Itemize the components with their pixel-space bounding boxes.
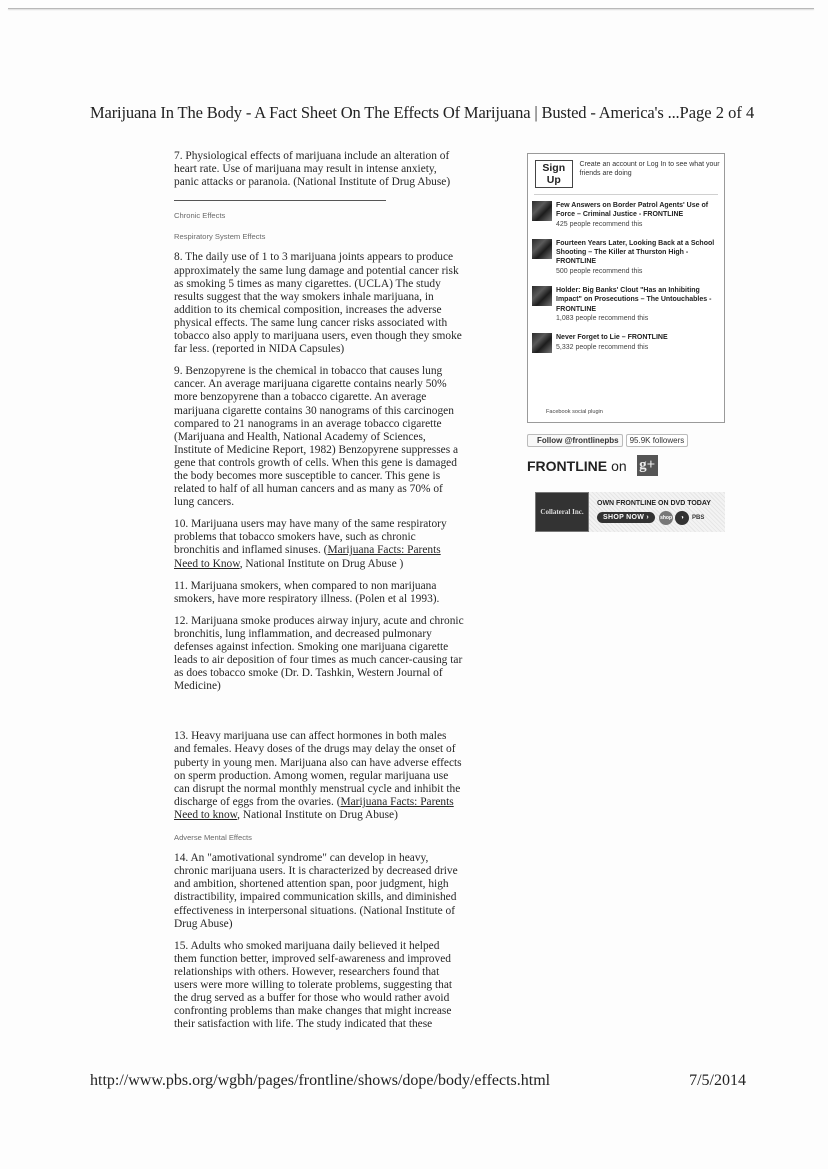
fact-11: 11. Marijuana smokers, when compared to … — [174, 580, 464, 606]
fact-14: 14. An "amotivational syndrome" can deve… — [174, 852, 464, 931]
fact-12: 12. Marijuana smoke produces airway inju… — [174, 615, 464, 694]
recommendation-item[interactable]: Never Forget to Lie – FRONTLINE 5,332 pe… — [528, 333, 724, 353]
dvd-shop-banner[interactable]: Collateral Inc. OWN FRONTLINE ON DVD TOD… — [535, 492, 725, 532]
print-date: 7/5/2014 — [689, 1072, 746, 1090]
fact-8: 8. The daily use of 1 to 3 marijuana joi… — [174, 251, 464, 356]
fact-13: 13. Heavy marijuana use can affect hormo… — [174, 730, 464, 822]
page-indicator: Page 2 of 4 — [680, 103, 755, 123]
twitter-follow-button[interactable]: Follow @frontlinepbs — [527, 434, 623, 447]
shop-badge-icon: shop — [659, 511, 673, 525]
fact-7: 7. Physiological effects of marijuana in… — [174, 150, 464, 189]
article-thumbnail-icon — [532, 333, 552, 353]
page-url: http://www.pbs.org/wgbh/pages/frontline/… — [90, 1072, 550, 1090]
dvd-tagline: OWN FRONTLINE ON DVD TODAY — [597, 500, 711, 507]
signup-hint: Create an account or Log In to see what … — [580, 160, 724, 178]
google-plus-icon[interactable]: g+ — [637, 455, 658, 476]
print-header: Marijuana In The Body - A Fact Sheet On … — [90, 103, 750, 123]
print-footer: http://www.pbs.org/wgbh/pages/frontline/… — [90, 1072, 746, 1090]
recommendation-item[interactable]: Fourteen Years Later, Looking Back at a … — [528, 239, 724, 276]
section-divider — [174, 200, 386, 201]
article-thumbnail-icon — [532, 201, 552, 221]
fact-15: 15. Adults who smoked marijuana daily be… — [174, 940, 464, 1032]
twitter-follower-count[interactable]: 95.9K followers — [626, 434, 689, 447]
pbs-logo-icon: ◑ — [675, 511, 689, 525]
divider — [534, 194, 718, 195]
page-title: Marijuana In The Body - A Fact Sheet On … — [90, 103, 680, 123]
facebook-recommendations-widget: Sign Up Create an account or Log In to s… — [527, 153, 725, 423]
article-body: 7. Physiological effects of marijuana in… — [174, 150, 464, 1040]
section-heading-chronic: Chronic Effects — [174, 209, 464, 222]
twitter-follow-widget: Follow @frontlinepbs 95.9K followers — [527, 434, 688, 447]
article-thumbnail-icon — [532, 239, 552, 259]
scan-top-edge — [8, 8, 814, 9]
dvd-cover-image: Collateral Inc. — [535, 492, 589, 532]
recommendation-item[interactable]: Few Answers on Border Patrol Agents' Use… — [528, 201, 724, 229]
article-thumbnail-icon — [532, 286, 552, 306]
facebook-plugin-label[interactable]: Facebook social plugin — [546, 409, 603, 415]
google-plus-promo: FRONTLINE on g+ — [527, 455, 658, 476]
fact-10: 10. Marijuana users may have many of the… — [174, 518, 464, 570]
shop-now-button[interactable]: SHOP NOW › — [597, 512, 655, 523]
fact-9: 9. Benzopyrene is the chemical in tobacc… — [174, 365, 464, 509]
pbs-wordmark: PBS — [692, 515, 704, 521]
recommendation-item[interactable]: Holder: Big Banks' Clout "Has an Inhibit… — [528, 286, 724, 323]
sign-up-button[interactable]: Sign Up — [535, 160, 573, 188]
section-heading-mental: Adverse Mental Effects — [174, 831, 464, 844]
section-heading-respiratory: Respiratory System Effects — [174, 230, 464, 243]
frontline-brand: FRONTLINE — [527, 458, 607, 474]
